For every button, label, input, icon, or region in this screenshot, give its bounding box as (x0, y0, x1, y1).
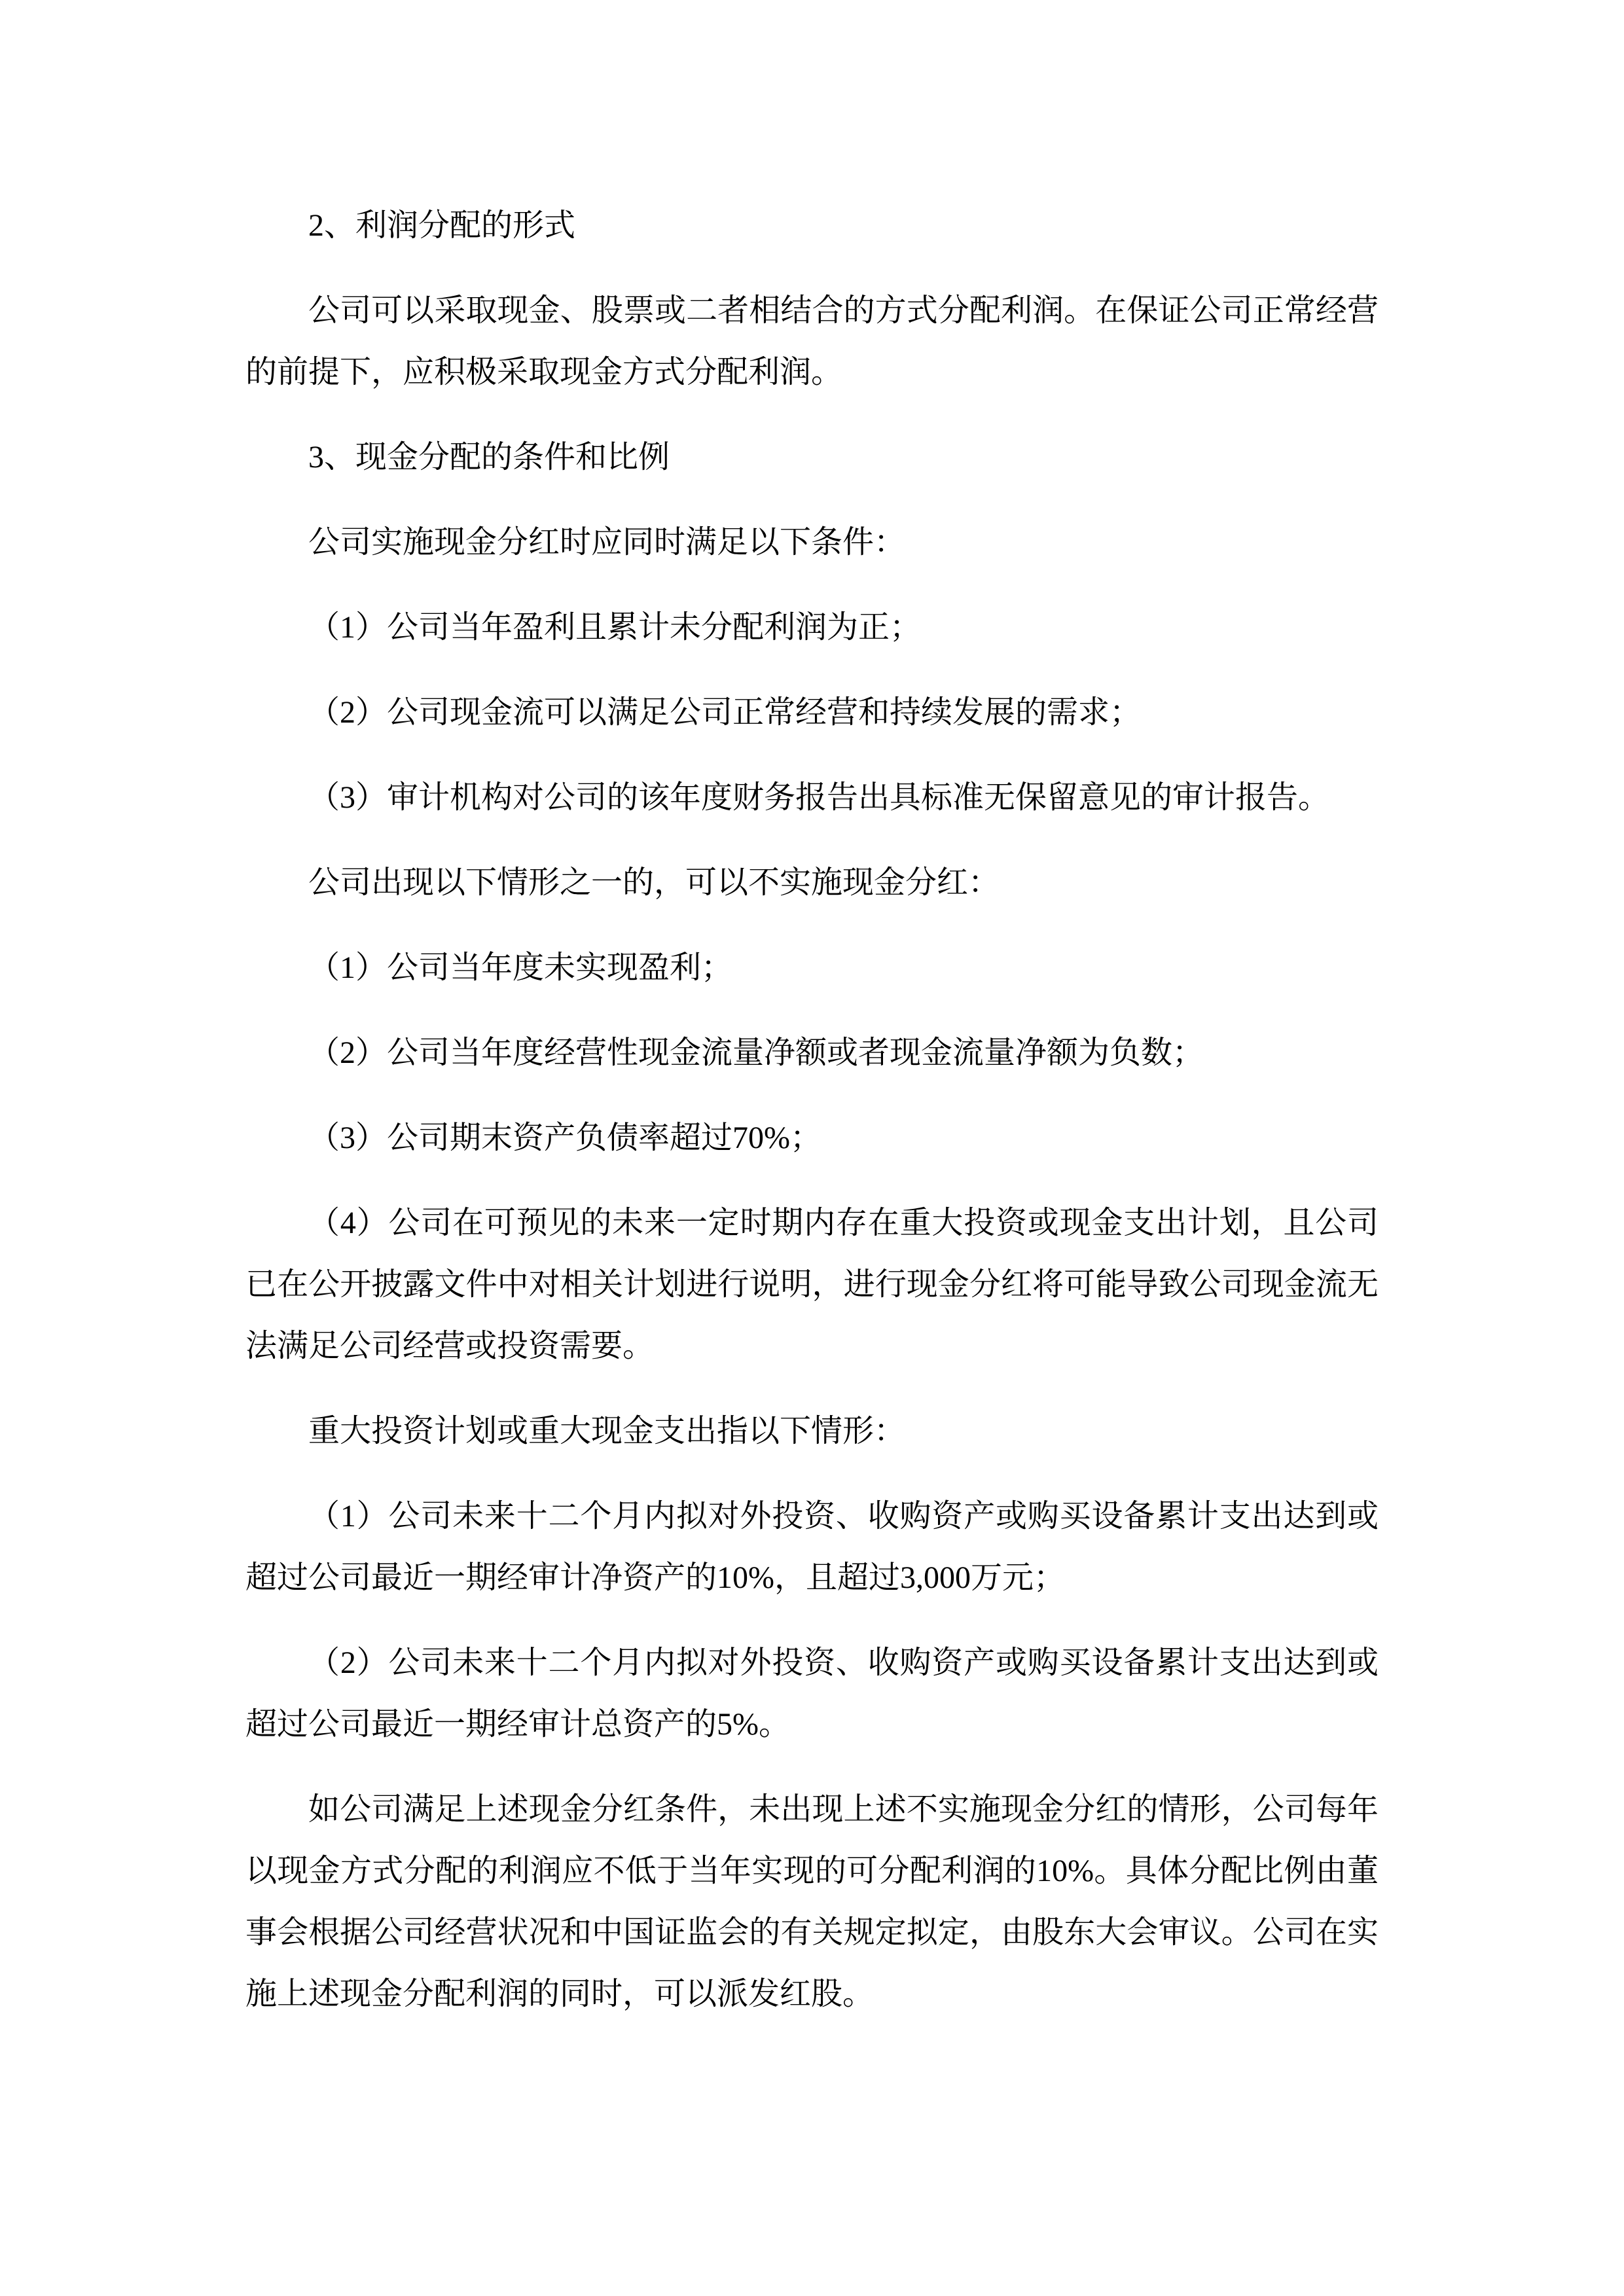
document-body: 2、利润分配的形式公司可以采取现金、股票或二者相结合的方式分配利润。在保证公司正… (245, 195, 1379, 2025)
paragraph: （3）公司期末资产负债率超过70%； (245, 1107, 1379, 1169)
paragraph: 公司可以采取现金、股票或二者相结合的方式分配利润。在保证公司正常经营的前提下，应… (245, 280, 1379, 403)
section-heading: 2、利润分配的形式 (245, 195, 1379, 257)
paragraph: 公司出现以下情形之一的，可以不实施现金分红： (245, 852, 1379, 914)
document-page: 2、利润分配的形式公司可以采取现金、股票或二者相结合的方式分配利润。在保证公司正… (0, 0, 1624, 2296)
paragraph: （1）公司当年度未实现盈利； (245, 937, 1379, 999)
paragraph: （3）审计机构对公司的该年度财务报告出具标准无保留意见的审计报告。 (245, 767, 1379, 829)
paragraph: （1）公司当年盈利且累计未分配利润为正； (245, 597, 1379, 658)
paragraph: 重大投资计划或重大现金支出指以下情形： (245, 1401, 1379, 1462)
paragraph: 如公司满足上述现金分红条件，未出现上述不实施现金分红的情形，公司每年以现金方式分… (245, 1779, 1379, 2025)
paragraph: 公司实施现金分红时应同时满足以下条件： (245, 512, 1379, 573)
paragraph: （2）公司当年度经营性现金流量净额或者现金流量净额为负数； (245, 1022, 1379, 1084)
paragraph: （2）公司现金流可以满足公司正常经营和持续发展的需求； (245, 682, 1379, 744)
paragraph: （4）公司在可预见的未来一定时期内存在重大投资或现金支出计划，且公司已在公开披露… (245, 1193, 1379, 1377)
paragraph: （1）公司未来十二个月内拟对外投资、收购资产或购买设备累计支出达到或超过公司最近… (245, 1486, 1379, 1609)
paragraph: （2）公司未来十二个月内拟对外投资、收购资产或购买设备累计支出达到或超过公司最近… (245, 1632, 1379, 1755)
section-heading: 3、现金分配的条件和比例 (245, 427, 1379, 488)
